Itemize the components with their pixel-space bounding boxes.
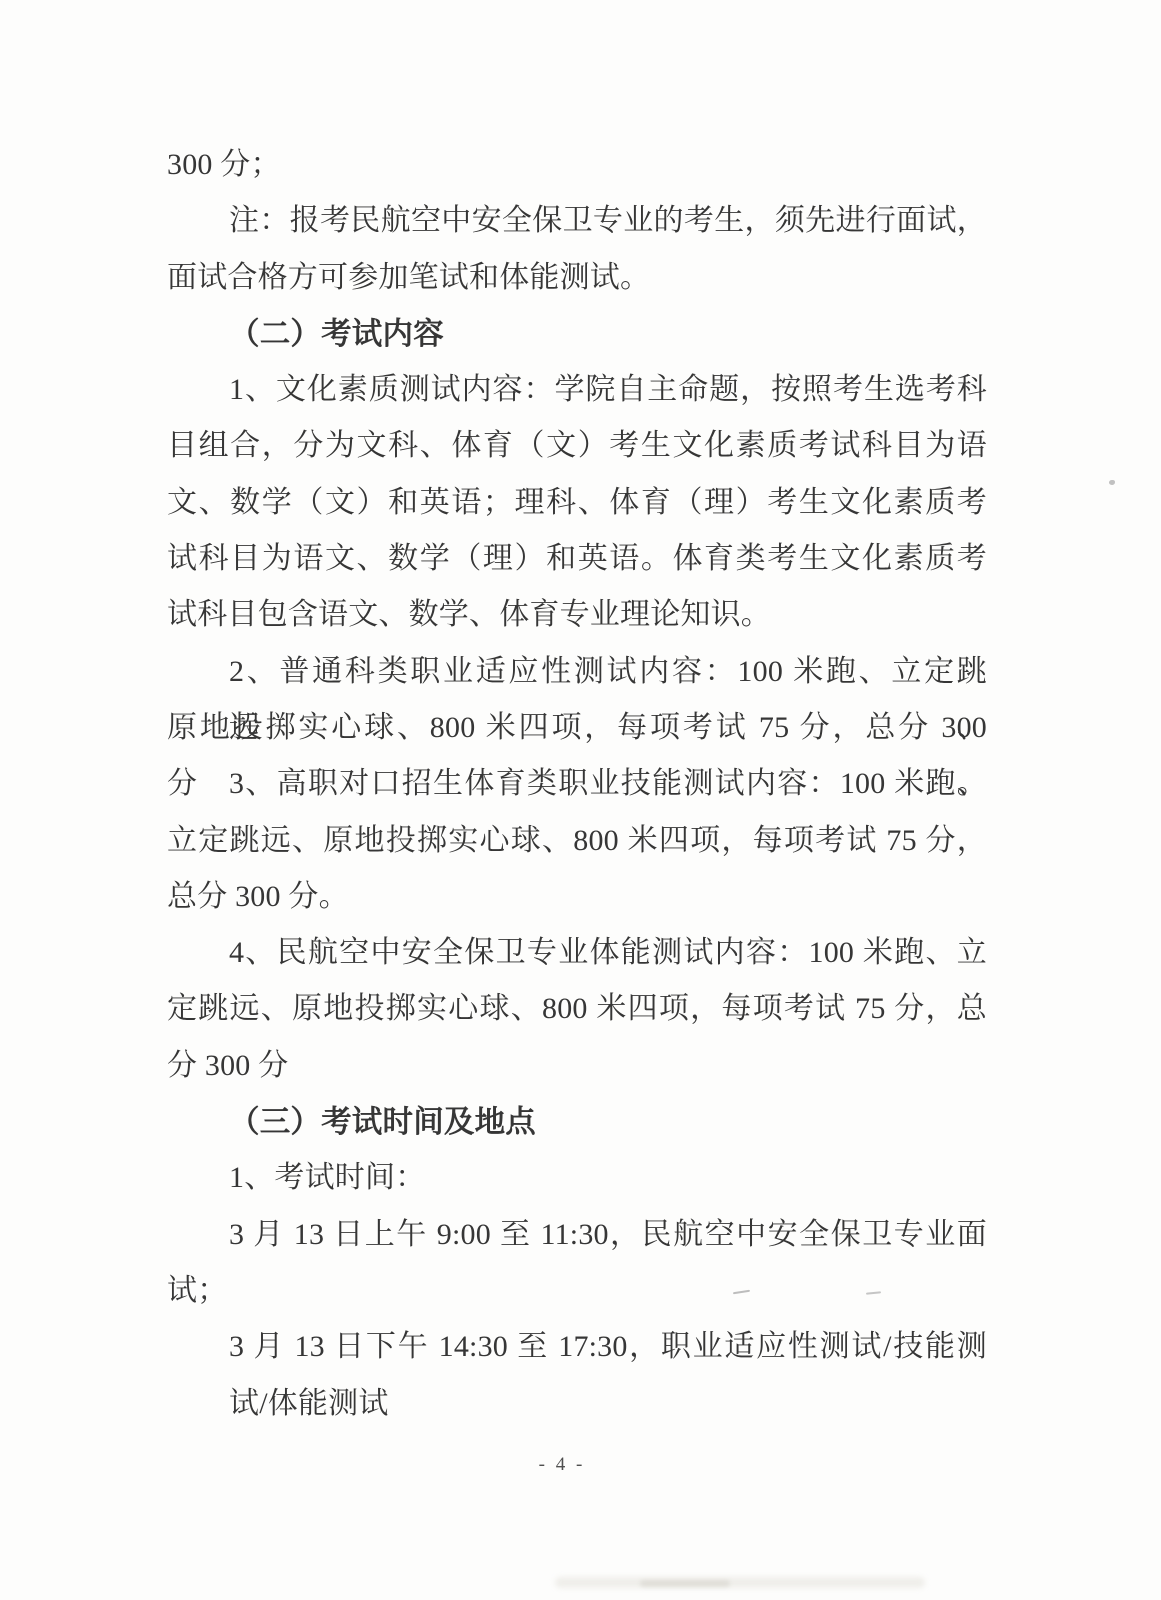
text-line: 2、普通科类职业适应性测试内容：100 米跑、立定跳远、 [167, 644, 987, 700]
text-line: 试/体能测试 [167, 1376, 987, 1432]
text-line: 总分 300 分。 [167, 869, 987, 925]
text-line: 试科目为语文、数学（理）和英语。体育类考生文化素质考 [167, 531, 987, 587]
document-body: 300 分；注：报考民航空中安全保卫专业的考生，须先进行面试，面试合格方可参加笔… [167, 137, 987, 1432]
scan-artifact-speck [1109, 480, 1115, 485]
scan-artifact-smudge [555, 1577, 925, 1588]
text-line: 立定跳远、原地投掷实心球、800 米四项，每项考试 75 分， [167, 813, 987, 869]
text-line: 3 月 13 日上午 9:00 至 11:30，民航空中安全保卫专业面 [167, 1207, 987, 1263]
scan-artifact-smudge [640, 1580, 730, 1587]
text-line: 3、高职对口招生体育类职业技能测试内容：100 米跑、 [167, 756, 987, 812]
document-page: 300 分；注：报考民航空中安全保卫专业的考生，须先进行面试，面试合格方可参加笔… [0, 0, 1161, 1600]
text-line: 3 月 13 日下午 14:30 至 17:30，职业适应性测试/技能测 [167, 1319, 987, 1375]
text-line: 4、民航空中安全保卫专业体能测试内容：100 米跑、立 [167, 925, 987, 981]
text-line: 定跳远、原地投掷实心球、800 米四项，每项考试 75 分，总 [167, 981, 987, 1037]
text-line: 原地投掷实心球、800 米四项，每项考试 75 分，总分 300 分。 [167, 700, 987, 756]
text-line: 试科目包含语文、数学、体育专业理论知识。 [167, 587, 987, 643]
text-line: 面试合格方可参加笔试和体能测试。 [167, 250, 987, 306]
text-line: 文、数学（文）和英语；理科、体育（理）考生文化素质考 [167, 475, 987, 531]
text-line: 试； [167, 1263, 987, 1319]
text-line: 分 300 分 [167, 1038, 987, 1094]
page-number: - 4 - [0, 1452, 1124, 1478]
text-line: 1、考试时间： [167, 1150, 987, 1206]
text-line: （三）考试时间及地点 [167, 1094, 987, 1150]
text-line: （二）考试内容 [167, 306, 987, 362]
text-line: 目组合，分为文科、体育（文）考生文化素质考试科目为语 [167, 418, 987, 474]
text-line: 注：报考民航空中安全保卫专业的考生，须先进行面试， [167, 193, 987, 249]
text-line: 300 分； [167, 137, 987, 193]
text-line: 1、文化素质测试内容：学院自主命题，按照考生选考科 [167, 362, 987, 418]
